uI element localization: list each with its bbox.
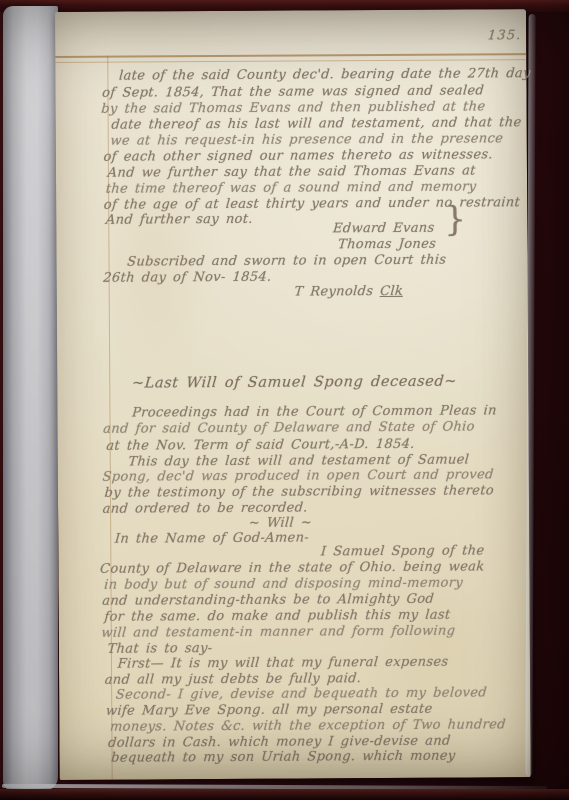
handwritten-line: we at his request-in his presence and in… [110, 131, 504, 148]
clerk-name: T Reynolds [294, 284, 381, 300]
ledger-page: 135. late of the said County dec'd. bear… [55, 9, 531, 780]
handwritten-line: bequeath to my son Uriah Spong. which mo… [111, 749, 457, 766]
handwritten-line: and for said County of Delaware and Stat… [103, 419, 476, 436]
handwritten-line: Spong, dec'd was produced in open Court … [102, 467, 494, 484]
header-ruled-line [55, 53, 526, 63]
handwritten-line: the time thereof was of a sound mind and… [105, 179, 477, 196]
will-subheading: ~ Will ~ [248, 515, 312, 530]
page-edge-sheet [3, 6, 58, 791]
handwritten-line: and all my just debts be fully paid. [104, 671, 362, 688]
handwritten-line: and ordered to be recorded. [102, 500, 308, 516]
handwritten-line: Second- I give, devise and bequeath to m… [115, 685, 487, 702]
handwritten-line: First— It is my will that my funeral exp… [117, 655, 449, 672]
page-number: 135. [487, 28, 522, 43]
handwritten-line: and understanding-thanks be to Almighty … [102, 592, 435, 609]
handwritten-line: That is to say- [107, 641, 213, 657]
handwritten-line: of each other signed our names thereto a… [103, 147, 494, 164]
handwritten-line: of Sept. 1854, That the same was signed … [102, 83, 485, 100]
handwritten-line: date thereof as his last will and testam… [111, 115, 522, 133]
handwritten-line: in body but of sound and disposing mind-… [104, 576, 464, 593]
handwritten-line: Proceedings had in the Court of Common P… [131, 403, 497, 420]
witness-brace: } [444, 212, 466, 227]
handwritten-line: will and testament-in manner and form fo… [101, 624, 456, 641]
book-cover-bottom-edge [0, 789, 569, 800]
plastic-sheet-edge-right [525, 14, 535, 776]
handwritten-line: by the testimony of the subscribing witn… [104, 483, 495, 500]
witness-signature: Edward Evans [332, 221, 435, 237]
clerk-title: Clk [380, 284, 404, 299]
handwritten-line: I Samuel Spong of the [320, 543, 485, 559]
invocation-line: In the Name of God-Amen- [114, 530, 309, 546]
handwritten-line: And further say not. [105, 212, 253, 228]
attestation-line: 26th day of Nov- 1854. [103, 270, 272, 286]
handwritten-line: wife Mary Eve Spong. all my personal est… [105, 702, 433, 719]
handwritten-line: late of the said County dec'd. bearing d… [118, 66, 531, 84]
handwritten-line: And we further say that the said Thomas … [107, 163, 476, 180]
handwritten-line: by the said Thomas Evans and then publis… [101, 99, 486, 116]
handwritten-line: moneys. Notes &c. with the exception of … [109, 717, 506, 734]
book-photograph: 135. late of the said County dec'd. bear… [0, 0, 569, 800]
witness-signature: Thomas Jones [337, 237, 436, 253]
attestation-line: Subscribed and sworn to in open Court th… [127, 253, 447, 270]
handwritten-line: at the Nov. Term of said Court,-A-D. 185… [106, 437, 416, 454]
handwritten-line: for the same. do make and publish this m… [104, 608, 451, 625]
clerk-signature: T Reynolds Clk [294, 284, 404, 300]
section-heading: ~Last Will of Samuel Spong deceased~ [131, 375, 457, 392]
handwritten-line: County of Delaware in the state of Ohio.… [99, 559, 485, 576]
